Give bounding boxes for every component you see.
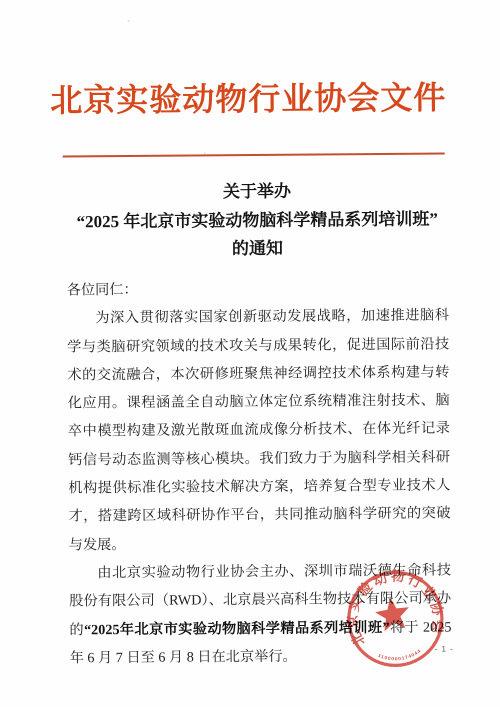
salutation: 各位同仁： xyxy=(67,273,449,304)
notice-title-line-3: 的通知 xyxy=(31,233,483,265)
notice-title-line-1: 关于举办 xyxy=(31,176,483,208)
salutation-text: 各位同仁： xyxy=(67,282,138,299)
scan-speck xyxy=(204,152,206,154)
scan-speck xyxy=(128,20,130,22)
notice-title: 关于举办 “2025 年北京市实验动物脑科学精品系列培训班” 的通知 xyxy=(31,176,484,265)
official-seal-stamp: 北京实验动物行业协会 1100000174044 xyxy=(339,562,453,676)
scanned-document-page: 北京实验动物行业协会文件 关于举办 “2025 年北京市实验动物脑科学精品系列培… xyxy=(0,0,500,707)
notice-title-line-2: “2025 年北京市实验动物脑科学精品系列培训班” xyxy=(31,205,483,237)
paragraph-2-bold-course-name: “2025年北京市实验动物脑科学精品系列培训班” xyxy=(84,619,390,637)
letterhead-title: 北京实验动物行业协会文件 xyxy=(0,72,498,122)
stamp-star-icon xyxy=(373,595,412,632)
red-divider-rule xyxy=(63,152,445,157)
body-paragraph-1: 为深入贯彻落实国家创新驱动发展战略，加速推进脑科学与类脑研究领域的技术攻关与成果… xyxy=(67,302,451,560)
page-number: - 1 - xyxy=(435,644,454,653)
